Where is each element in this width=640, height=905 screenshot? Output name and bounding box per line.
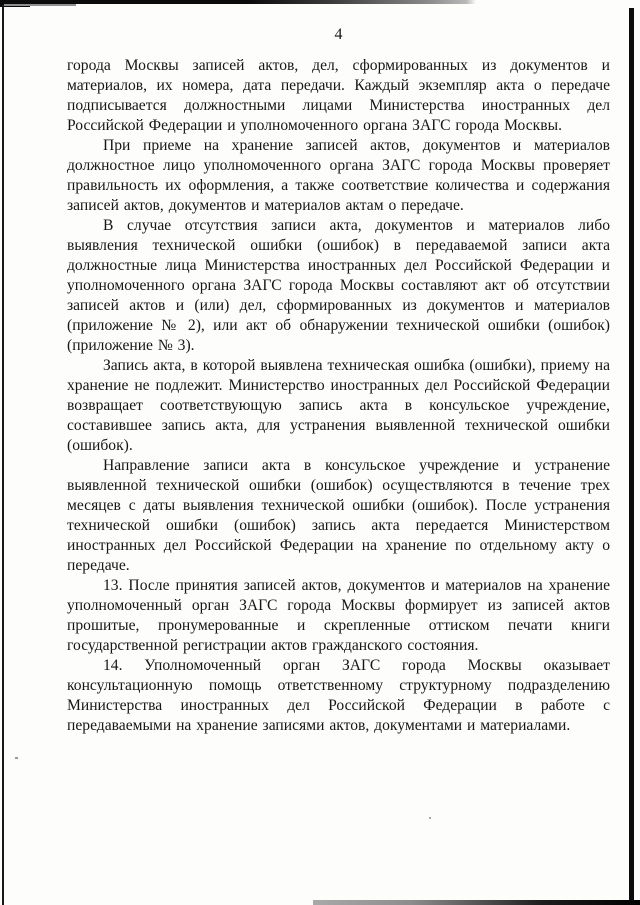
paragraph-acceptance-check: При приеме на хранение записей актов, до… — [67, 136, 610, 216]
paragraph-technical-error-return: Запись акта, в которой выявлена техничес… — [67, 356, 610, 456]
paragraph-error-correction-term: Направление записи акта в консульское уч… — [67, 456, 610, 576]
scan-edge-right — [629, 8, 634, 905]
paragraph-item-14: 14. Уполномоченный орган ЗАГС города Мос… — [67, 656, 610, 736]
scan-edge-left — [2, 5, 4, 905]
scan-speck — [15, 757, 18, 759]
paragraph-continuation: города Москвы записей актов, дел, сформи… — [67, 56, 610, 136]
paragraph-missing-records: В случае отсутствия записи акта, докумен… — [67, 216, 610, 356]
document-body: города Москвы записей актов, дел, сформи… — [67, 56, 610, 736]
page-number: 4 — [67, 26, 610, 44]
scan-speck — [429, 817, 431, 819]
scan-edge-bottom — [313, 900, 640, 905]
paragraph-item-13: 13. После принятия записей актов, докуме… — [67, 576, 610, 656]
scanned-document-page: 4 города Москвы записей актов, дел, сфор… — [0, 0, 640, 905]
scan-edge-top-gray-line — [4, 4, 76, 6]
